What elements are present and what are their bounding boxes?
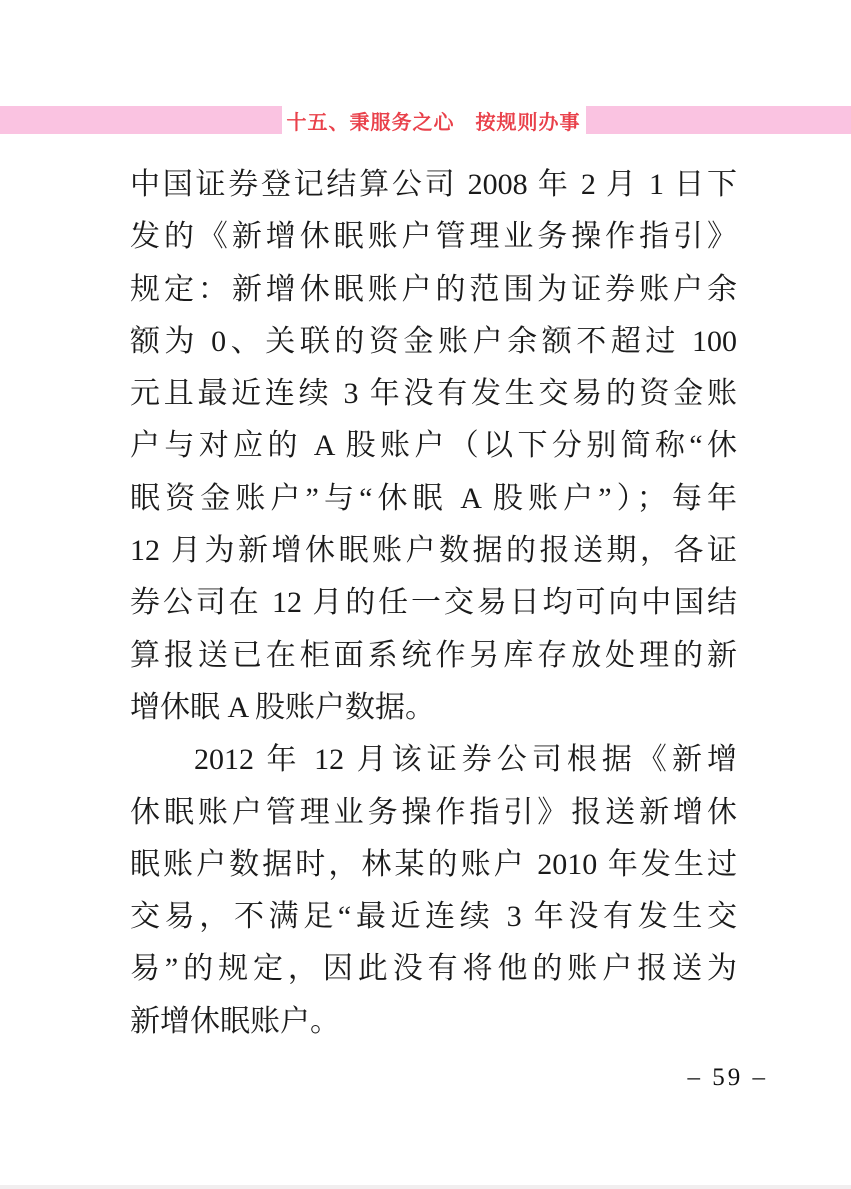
- body-text-block: 中国证券登记结算公司 2008 年 2 月 1 日下 发的《新增休眠账户管理业务…: [130, 159, 737, 1048]
- body-line: 眠资金账户”与“休眠 A 股账户”）；每年: [130, 473, 737, 525]
- body-line: 额为 0、关联的资金账户余额不超过 100: [130, 316, 737, 368]
- body-line paragraph-start: 2012 年 12 月该证券公司根据《新增: [130, 734, 737, 786]
- body-line: 交易，不满足“最近连续 3 年没有发生交: [130, 891, 737, 943]
- scan-bottom-edge: [0, 1185, 851, 1189]
- section-title: 十五、秉服务之心 按规则办事: [287, 106, 581, 135]
- body-line: 户与对应的 A 股账户（以下分别简称“休: [130, 420, 737, 472]
- body-line: 休眠账户管理业务操作指引》报送新增休: [130, 787, 737, 839]
- body-line: 发的《新增休眠账户管理业务操作指引》: [130, 211, 737, 263]
- body-line: 眠账户数据时，林某的账户 2010 年发生过: [130, 839, 737, 891]
- body-line: 规定：新增休眠账户的范围为证券账户余: [130, 264, 737, 316]
- body-line: 券公司在 12 月的任一交易日均可向中国结: [130, 577, 737, 629]
- body-line: 新增休眠账户。: [130, 996, 737, 1048]
- section-header-band: 十五、秉服务之心 按规则办事: [0, 106, 851, 134]
- body-line: 增休眠 A 股账户数据。: [130, 682, 737, 734]
- header-title-box: 十五、秉服务之心 按规则办事: [282, 106, 586, 134]
- body-line: 算报送已在柜面系统作另库存放处理的新: [130, 630, 737, 682]
- body-line: 易”的规定，因此没有将他的账户报送为: [130, 943, 737, 995]
- body-line: 元且最近连续 3 年没有发生交易的资金账: [130, 368, 737, 420]
- page-number: – 59 –: [688, 1064, 769, 1092]
- book-page: 十五、秉服务之心 按规则办事 中国证券登记结算公司 2008 年 2 月 1 日…: [0, 0, 851, 1189]
- body-line: 中国证券登记结算公司 2008 年 2 月 1 日下: [130, 159, 737, 211]
- body-line: 12 月为新增休眠账户数据的报送期，各证: [130, 525, 737, 577]
